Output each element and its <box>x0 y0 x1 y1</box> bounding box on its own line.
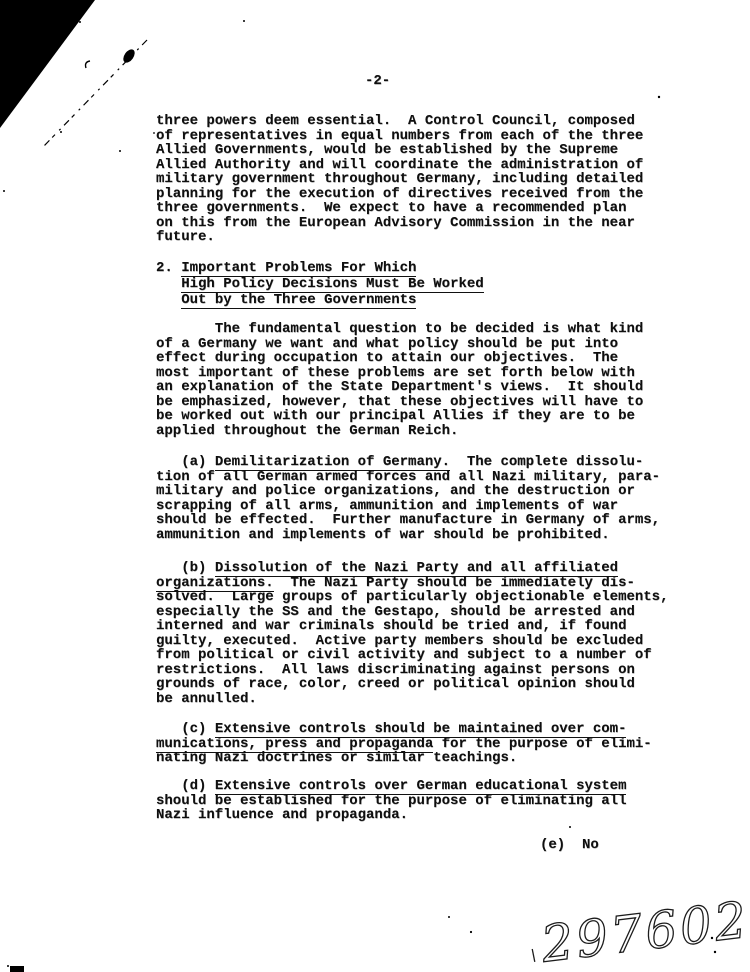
typed-line: munications, press and propaganda for th… <box>156 737 652 752</box>
item-b: (b) Dissolution of the Nazi Party and al… <box>156 561 668 706</box>
typed-line: restrictions. All laws discriminating ag… <box>156 663 668 678</box>
typed-line: tion of all German armed forces and all … <box>156 470 660 485</box>
typed-text-segment <box>156 292 181 308</box>
typed-line: of representatives in equal numbers from… <box>156 129 643 144</box>
typed-line: future. <box>156 230 643 245</box>
typed-text-segment: be annulled. <box>156 691 257 707</box>
underlined-text: High Policy Decisions Must Be Worked <box>181 276 483 293</box>
typed-line: planning for the execution of directives… <box>156 187 643 202</box>
typed-line: of a Germany we want and what policy sho… <box>156 337 643 352</box>
typed-line: most important of these problems are set… <box>156 366 643 381</box>
typed-line: The fundamental question to be decided i… <box>156 322 643 337</box>
typed-text-segment: Nazi influence and propaganda. <box>156 807 408 823</box>
section-heading: 2. Important Problems For Which High Pol… <box>156 260 484 308</box>
typed-text-segment: applied throughout the German Reich. <box>156 423 458 439</box>
typed-line: Allied Authority and will coordinate the… <box>156 158 643 173</box>
typed-line: nating Nazi doctrines or similar teachin… <box>156 751 652 766</box>
item-d: (d) Extensive controls over German educa… <box>156 779 626 823</box>
typed-text-segment: (b) <box>156 560 215 576</box>
handwritten-number-text: 297602 <box>537 893 745 971</box>
pen-tick-mark <box>532 949 535 962</box>
typed-line: ammunition and implements of war should … <box>156 528 660 543</box>
typed-line: (b) Dissolution of the Nazi Party and al… <box>156 561 668 576</box>
intro-paragraph: The fundamental question to be decided i… <box>156 322 643 438</box>
typed-text: three powers deem essential. A Control C… <box>0 0 750 972</box>
typed-line: be annulled. <box>156 692 668 707</box>
typed-line: three powers deem essential. A Control C… <box>156 114 643 129</box>
typed-line: from political or civil activity and sub… <box>156 648 668 663</box>
typed-line: effect during occupation to attain our o… <box>156 351 643 366</box>
underlined-text: Important Problems For Which <box>181 260 416 277</box>
typed-line: applied throughout the German Reich. <box>156 424 643 439</box>
typed-line: be worked out with our principal Allies … <box>156 409 643 424</box>
typed-line: Out by the Three Governments <box>156 292 484 308</box>
typed-line: an explanation of the State Department's… <box>156 380 643 395</box>
closing-catchword: (e) No <box>540 837 599 853</box>
typed-text-segment: ammunition and implements of war should … <box>156 527 610 543</box>
typed-line: 2. Important Problems For Which <box>156 260 484 276</box>
typed-line: should be established for the purpose of… <box>156 794 626 809</box>
typed-line: Allied Governments, would be established… <box>156 143 643 158</box>
item-a: (a) Demilitarization of Germany. The com… <box>156 455 660 542</box>
typed-line: interned and war criminals should be tri… <box>156 619 668 634</box>
typed-text-segment: 2. <box>156 260 181 276</box>
typed-line: military and police organizations, and t… <box>156 484 660 499</box>
typed-line: especially the SS and the Gestapo, shoul… <box>156 605 668 620</box>
handwritten-number: 297602 <box>515 893 745 971</box>
document-page: -2- three powers deem essential. A Contr… <box>0 0 750 972</box>
typed-line: solved. Large groups of particularly obj… <box>156 590 668 605</box>
typed-text-segment: on this from the European Advisory Commi… <box>156 215 635 231</box>
typed-line: (c) Extensive controls should be maintai… <box>156 722 652 737</box>
typed-line: scrapping of all arms, ammunition and im… <box>156 499 660 514</box>
item-c: (c) Extensive controls should be maintai… <box>156 722 652 766</box>
typed-text-segment: future. <box>156 229 215 245</box>
typed-line: three governments. We expect to have a r… <box>156 201 643 216</box>
typed-line: (a) Demilitarization of Germany. The com… <box>156 455 660 470</box>
typed-line: on this from the European Advisory Commi… <box>156 216 643 231</box>
typed-line: guilty, executed. Active party members s… <box>156 634 668 649</box>
typed-line: be emphasized, however, that these objec… <box>156 395 643 410</box>
typed-text-segment: (c) <box>156 721 215 737</box>
typed-line: should be effected. Further manufacture … <box>156 513 660 528</box>
typed-line: High Policy Decisions Must Be Worked <box>156 276 484 292</box>
typed-line: (d) Extensive controls over German educa… <box>156 779 626 794</box>
typed-line: organizations. The Nazi Party should be … <box>156 576 668 591</box>
underlined-text: Out by the Three Governments <box>181 292 416 309</box>
continuation-paragraph: three powers deem essential. A Control C… <box>156 114 643 245</box>
typed-line: military government throughout Germany, … <box>156 172 643 187</box>
typed-line: grounds of race, color, creed or politic… <box>156 677 668 692</box>
typed-line: Nazi influence and propaganda. <box>156 808 626 823</box>
typed-text-segment: nating Nazi doctrines or similar teachin… <box>156 750 517 766</box>
typed-text-segment <box>156 276 181 292</box>
